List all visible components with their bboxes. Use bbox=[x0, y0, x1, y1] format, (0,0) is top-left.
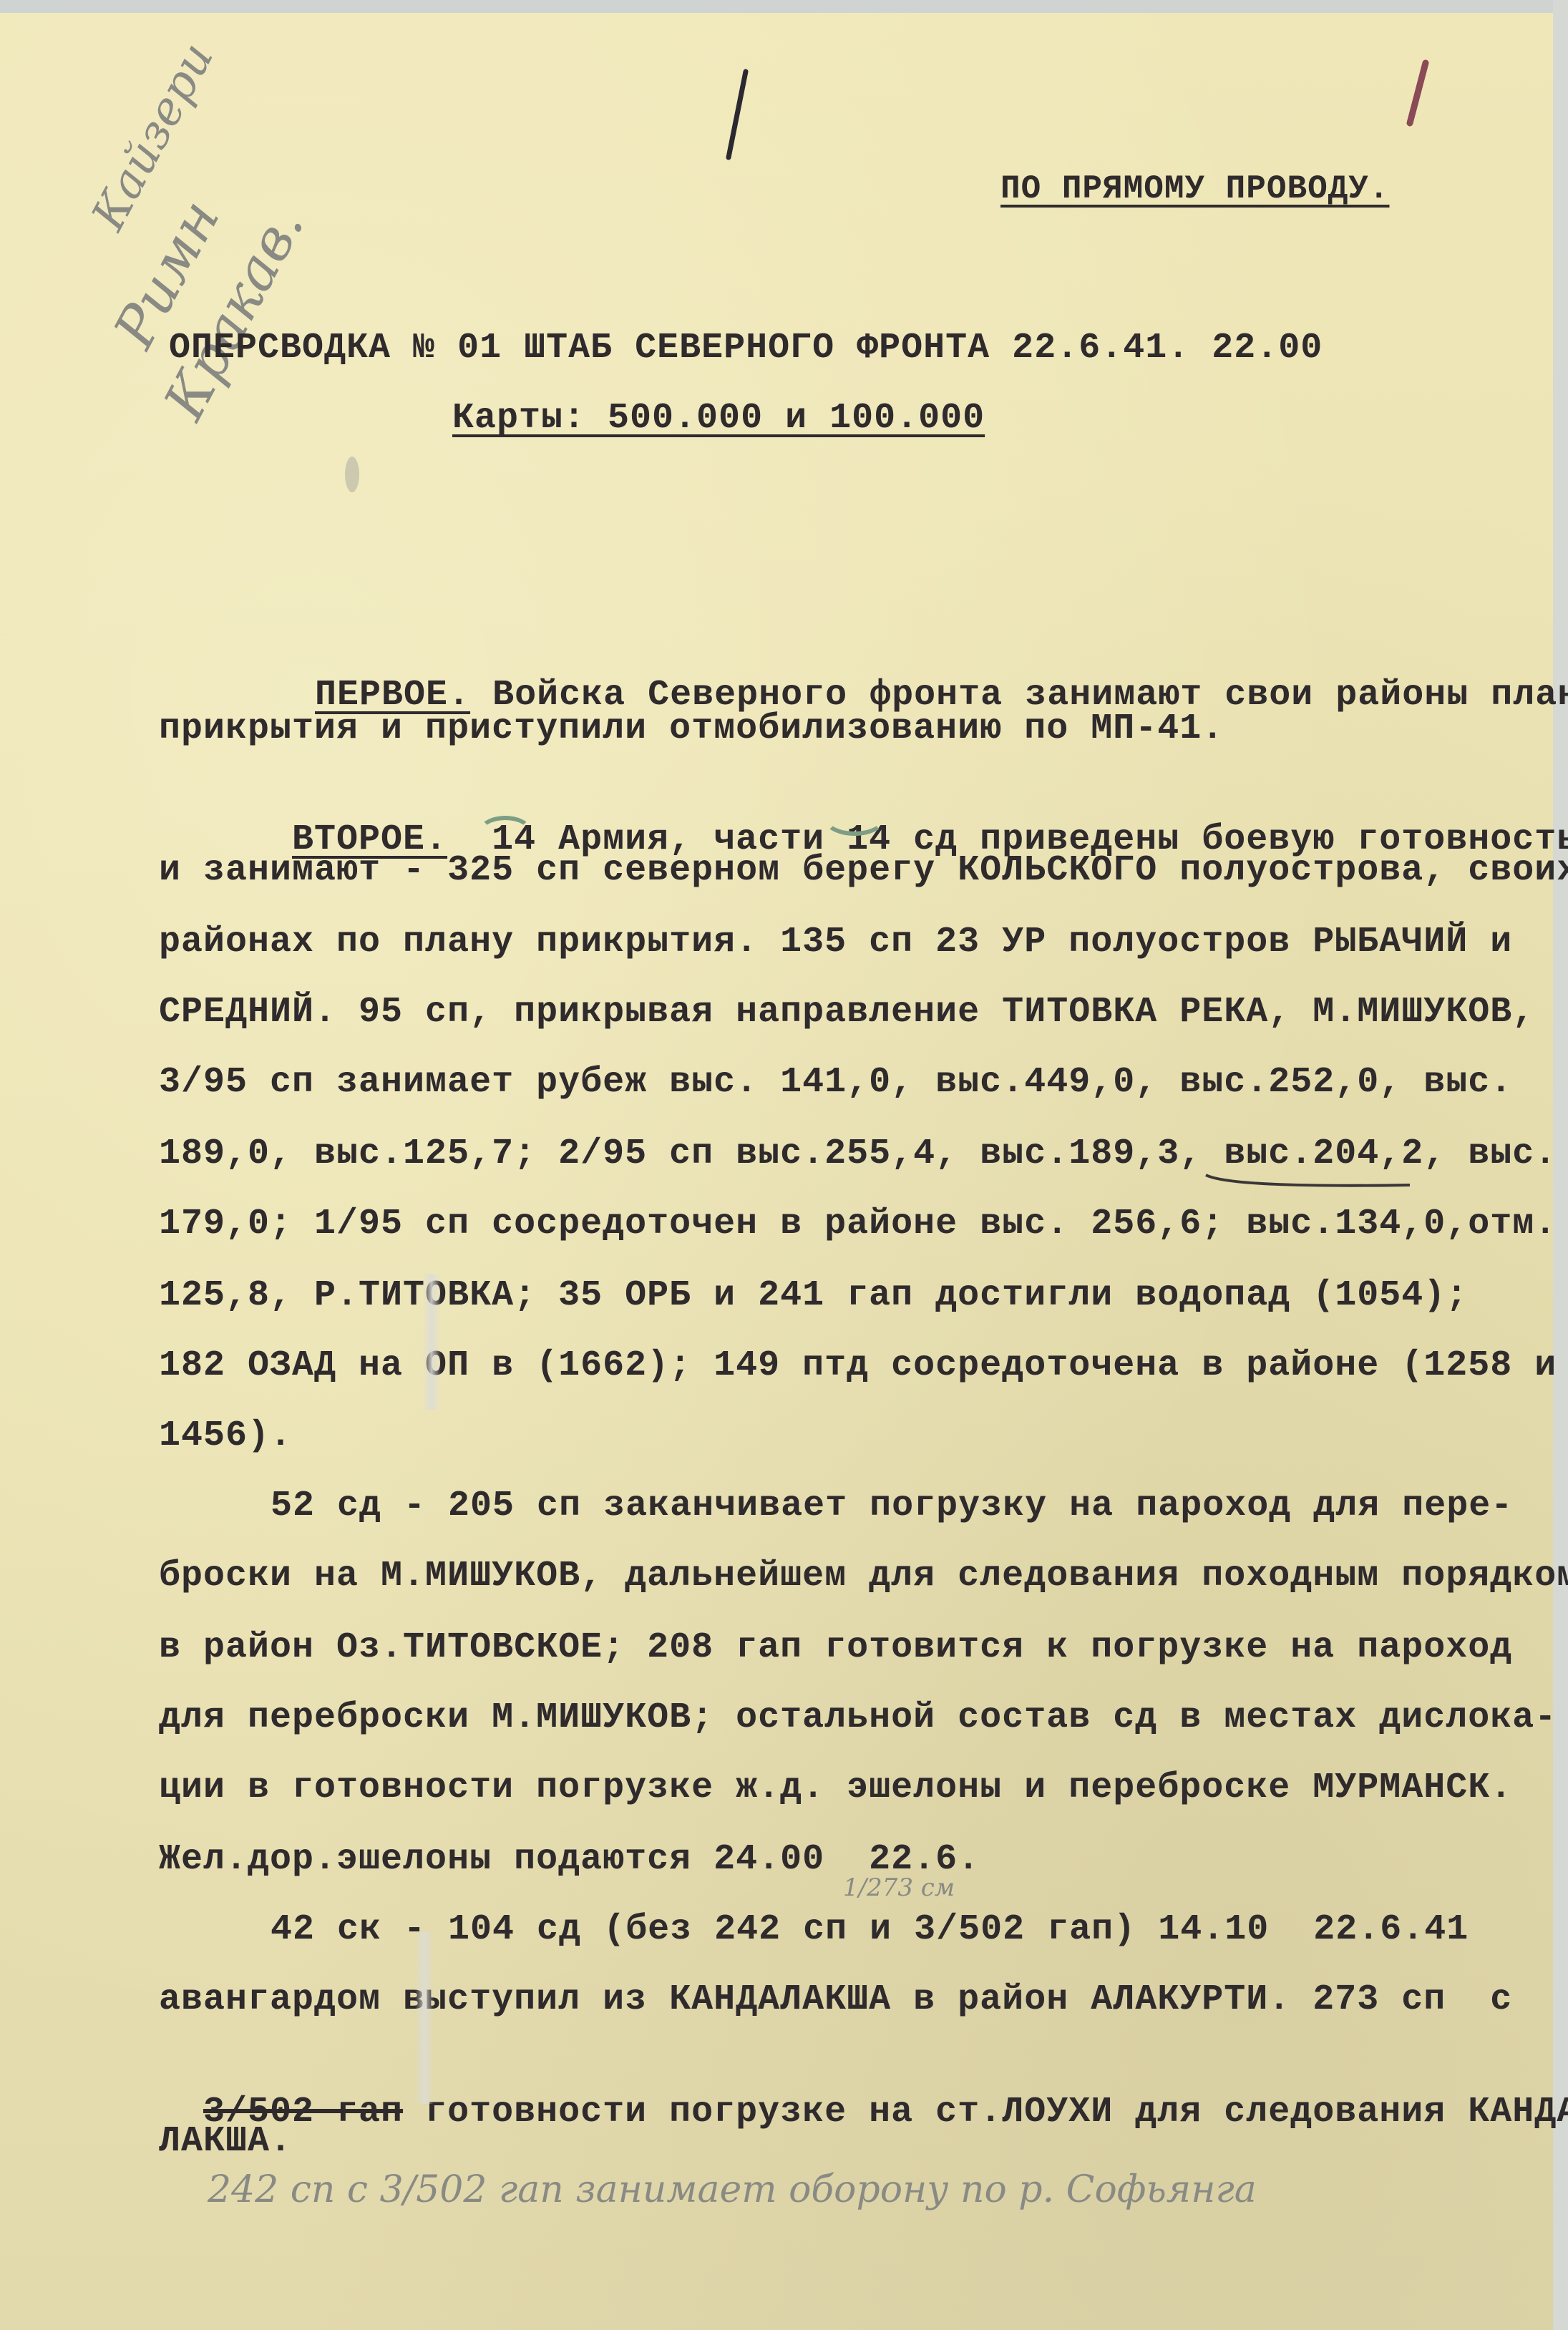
para-52-line-1: 52 сд - 205 сп заканчивает погрузку на п… bbox=[271, 1486, 1513, 1526]
page-number-mark bbox=[1403, 57, 1431, 129]
pencil-underline bbox=[1202, 1171, 1417, 1192]
section-second-line-8: 125,8, Р.ТИТОВКА; 35 ОРБ и 241 гап дости… bbox=[159, 1275, 1468, 1316]
section-second-line-10: 1456). bbox=[159, 1415, 292, 1456]
para-52-line-2: броски на М.МИШУКОВ, дальнейшем для след… bbox=[159, 1556, 1568, 1597]
paper-crease bbox=[415, 1932, 434, 2104]
paper-smudge bbox=[345, 457, 359, 492]
para-42-line-4: ЛАКША. bbox=[159, 2121, 292, 2162]
paper-crease bbox=[422, 1274, 441, 1410]
report-title: ОПЕРСВОДКА № 01 ШТАБ СЕВЕРНОГО ФРОНТА 22… bbox=[169, 328, 1323, 369]
para-42-line-3-rest: готовности погрузке на ст.ЛОУХИ для след… bbox=[403, 2092, 1568, 2132]
green-ink-mark bbox=[823, 800, 886, 836]
section-second-line-5: 3/95 сп занимает рубеж выс. 141,0, выс.4… bbox=[159, 1062, 1512, 1103]
section-second-line-4: СРЕДНИЙ. 95 сп, прикрывая направление ТИ… bbox=[159, 992, 1534, 1033]
section-first: ПЕРВОЕ. Войска Северного фронта занимают… bbox=[271, 634, 1568, 716]
section-second-line-7: 179,0; 1/95 сп сосредоточен в районе выс… bbox=[159, 1204, 1557, 1244]
para-42-line-2: авангардом выступил из КАНДАЛАКША в райо… bbox=[159, 1979, 1512, 2020]
section-second-line-3: районах по плану прикрытия. 135 сп 23 УР… bbox=[159, 922, 1512, 962]
section-second-line-9: 182 ОЗАД на ОП в (1662); 149 птд сосредо… bbox=[159, 1345, 1557, 1386]
section-second-line-2: и занимают - 325 сп северном берегу КОЛЬ… bbox=[159, 850, 1568, 891]
section-second-line-6: 189,0, выс.125,7; 2/95 сп выс.255,4, выс… bbox=[159, 1134, 1557, 1174]
maps-scale: Карты: 500.000 и 100.000 bbox=[452, 398, 985, 439]
green-ink-mark bbox=[478, 816, 532, 849]
section-second: ВТОРОЕ. 14 Армия, части 14 сд приведены … bbox=[248, 779, 1568, 860]
para-52-line-4: для переброски М.МИШУКОВ; остальной сост… bbox=[159, 1697, 1557, 1738]
para-42-line-3: 3/502 гап готовности погрузке на ст.ЛОУХ… bbox=[159, 2051, 1568, 2132]
section-first-line-2: прикрытия и приступили отмобилизованию п… bbox=[159, 708, 1224, 749]
para-52-line-5: ции в готовности погрузке ж.д. эшелоны и… bbox=[159, 1768, 1512, 1808]
pencil-insert-note: 1/273 см bbox=[843, 1873, 955, 1902]
bottom-pencil-note: 242 сп с 3/502 гап занимает оборону по р… bbox=[208, 2168, 1257, 2211]
para-52-line-3: в район Оз.ТИТОВСКОЕ; 208 гап готовится … bbox=[159, 1627, 1512, 1668]
delivery-note: ПО ПРЯМОМУ ПРОВОДУ. bbox=[1000, 170, 1390, 208]
pen-stroke-mark bbox=[723, 68, 751, 161]
para-42-line-1: 42 ск - 104 сд (без 242 сп и 3/502 гап) … bbox=[271, 1909, 1469, 1950]
